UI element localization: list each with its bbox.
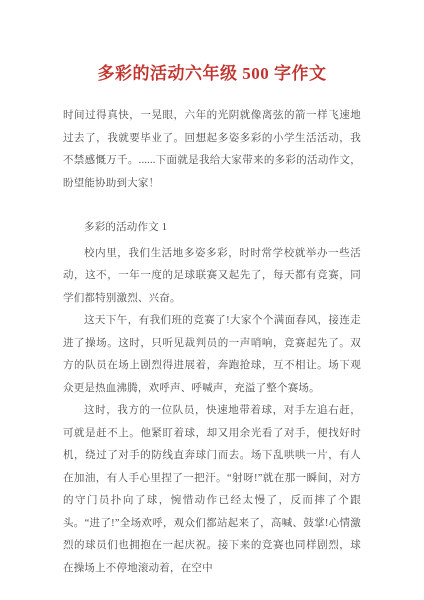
- document-title: 多彩的活动六年级 500 字作文: [63, 62, 361, 85]
- body-paragraph-2: 这天下午，有我们班的竞赛了!大家个个满面春风，接连走进了操场。这时，只听见裁判员…: [63, 310, 361, 400]
- body-paragraph-1: 校内里，我们生活地多姿多彩，时时常学校就举办一些活动，这不，一年一度的足球联赛又…: [63, 243, 361, 311]
- intro-paragraph: 时间过得真快，一晃眼，六年的光阴就像离弦的箭一样飞速地过去了，我就要毕业了。回想…: [63, 105, 361, 195]
- document-page: 多彩的活动六年级 500 字作文 时间过得真快，一晃眼，六年的光阴就像离弦的箭一…: [0, 0, 424, 600]
- body-paragraph-3: 这时，我方的一位队员，快速地带着球，对手左追右赶，可就是赶不上。他紧盯着球，却又…: [63, 400, 361, 580]
- section-heading: 多彩的活动作文 1: [63, 217, 361, 240]
